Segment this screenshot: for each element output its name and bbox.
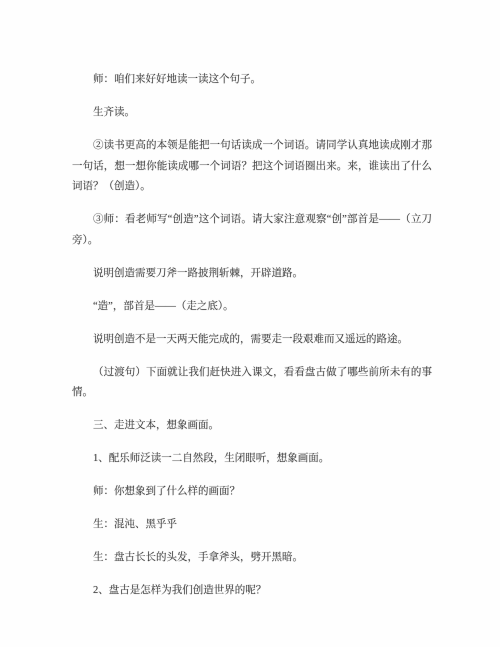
paragraph: 说明创造不是一天两天能完成的，需要走一段艰难而又遥远的路途。 bbox=[72, 330, 432, 351]
document-text-block: 师：咱们来好好地读一读这个句子。 生齐读。 ②读书更高的本领是能把一句话读成一个… bbox=[72, 70, 432, 602]
paragraph: 生齐读。 bbox=[72, 103, 432, 124]
paragraph: “造”，部首是——（走之底）。 bbox=[72, 297, 432, 318]
document-page: 师：咱们来好好地读一读这个句子。 生齐读。 ②读书更高的本领是能把一句话读成一个… bbox=[0, 0, 500, 647]
paragraph: 生：混沌、黑乎乎 bbox=[72, 515, 432, 536]
paragraph: 2、盘古是怎样为我们创造世界的呢？ bbox=[72, 581, 432, 602]
paragraph: ②读书更高的本领是能把一句话读成一个词语。请同学认真地读成刚才那一句话，想一想你… bbox=[72, 136, 432, 198]
paragraph: 生：盘古长长的头发，手拿斧头，劈开黑暗。 bbox=[72, 548, 432, 569]
paragraph: 师：你想象到了什么样的画面？ bbox=[72, 482, 432, 503]
paragraph: （过渡句）下面就让我们赶快进入课文，看看盘古做了哪些前所未有的事情。 bbox=[72, 363, 432, 404]
paragraph: 说明创造需要刀斧一路披荆斩棘，开辟道路。 bbox=[72, 264, 432, 285]
paragraph: 三、走进文本，想象画面。 bbox=[72, 416, 432, 437]
paragraph: ③师：看老师写“创造”这个词语。请大家注意观察“创”部首是——（立刀旁）。 bbox=[72, 210, 432, 251]
paragraph: 1、配乐师泛读一二自然段，生闭眼听，想象画面。 bbox=[72, 449, 432, 470]
paragraph: 师：咱们来好好地读一读这个句子。 bbox=[72, 70, 432, 91]
